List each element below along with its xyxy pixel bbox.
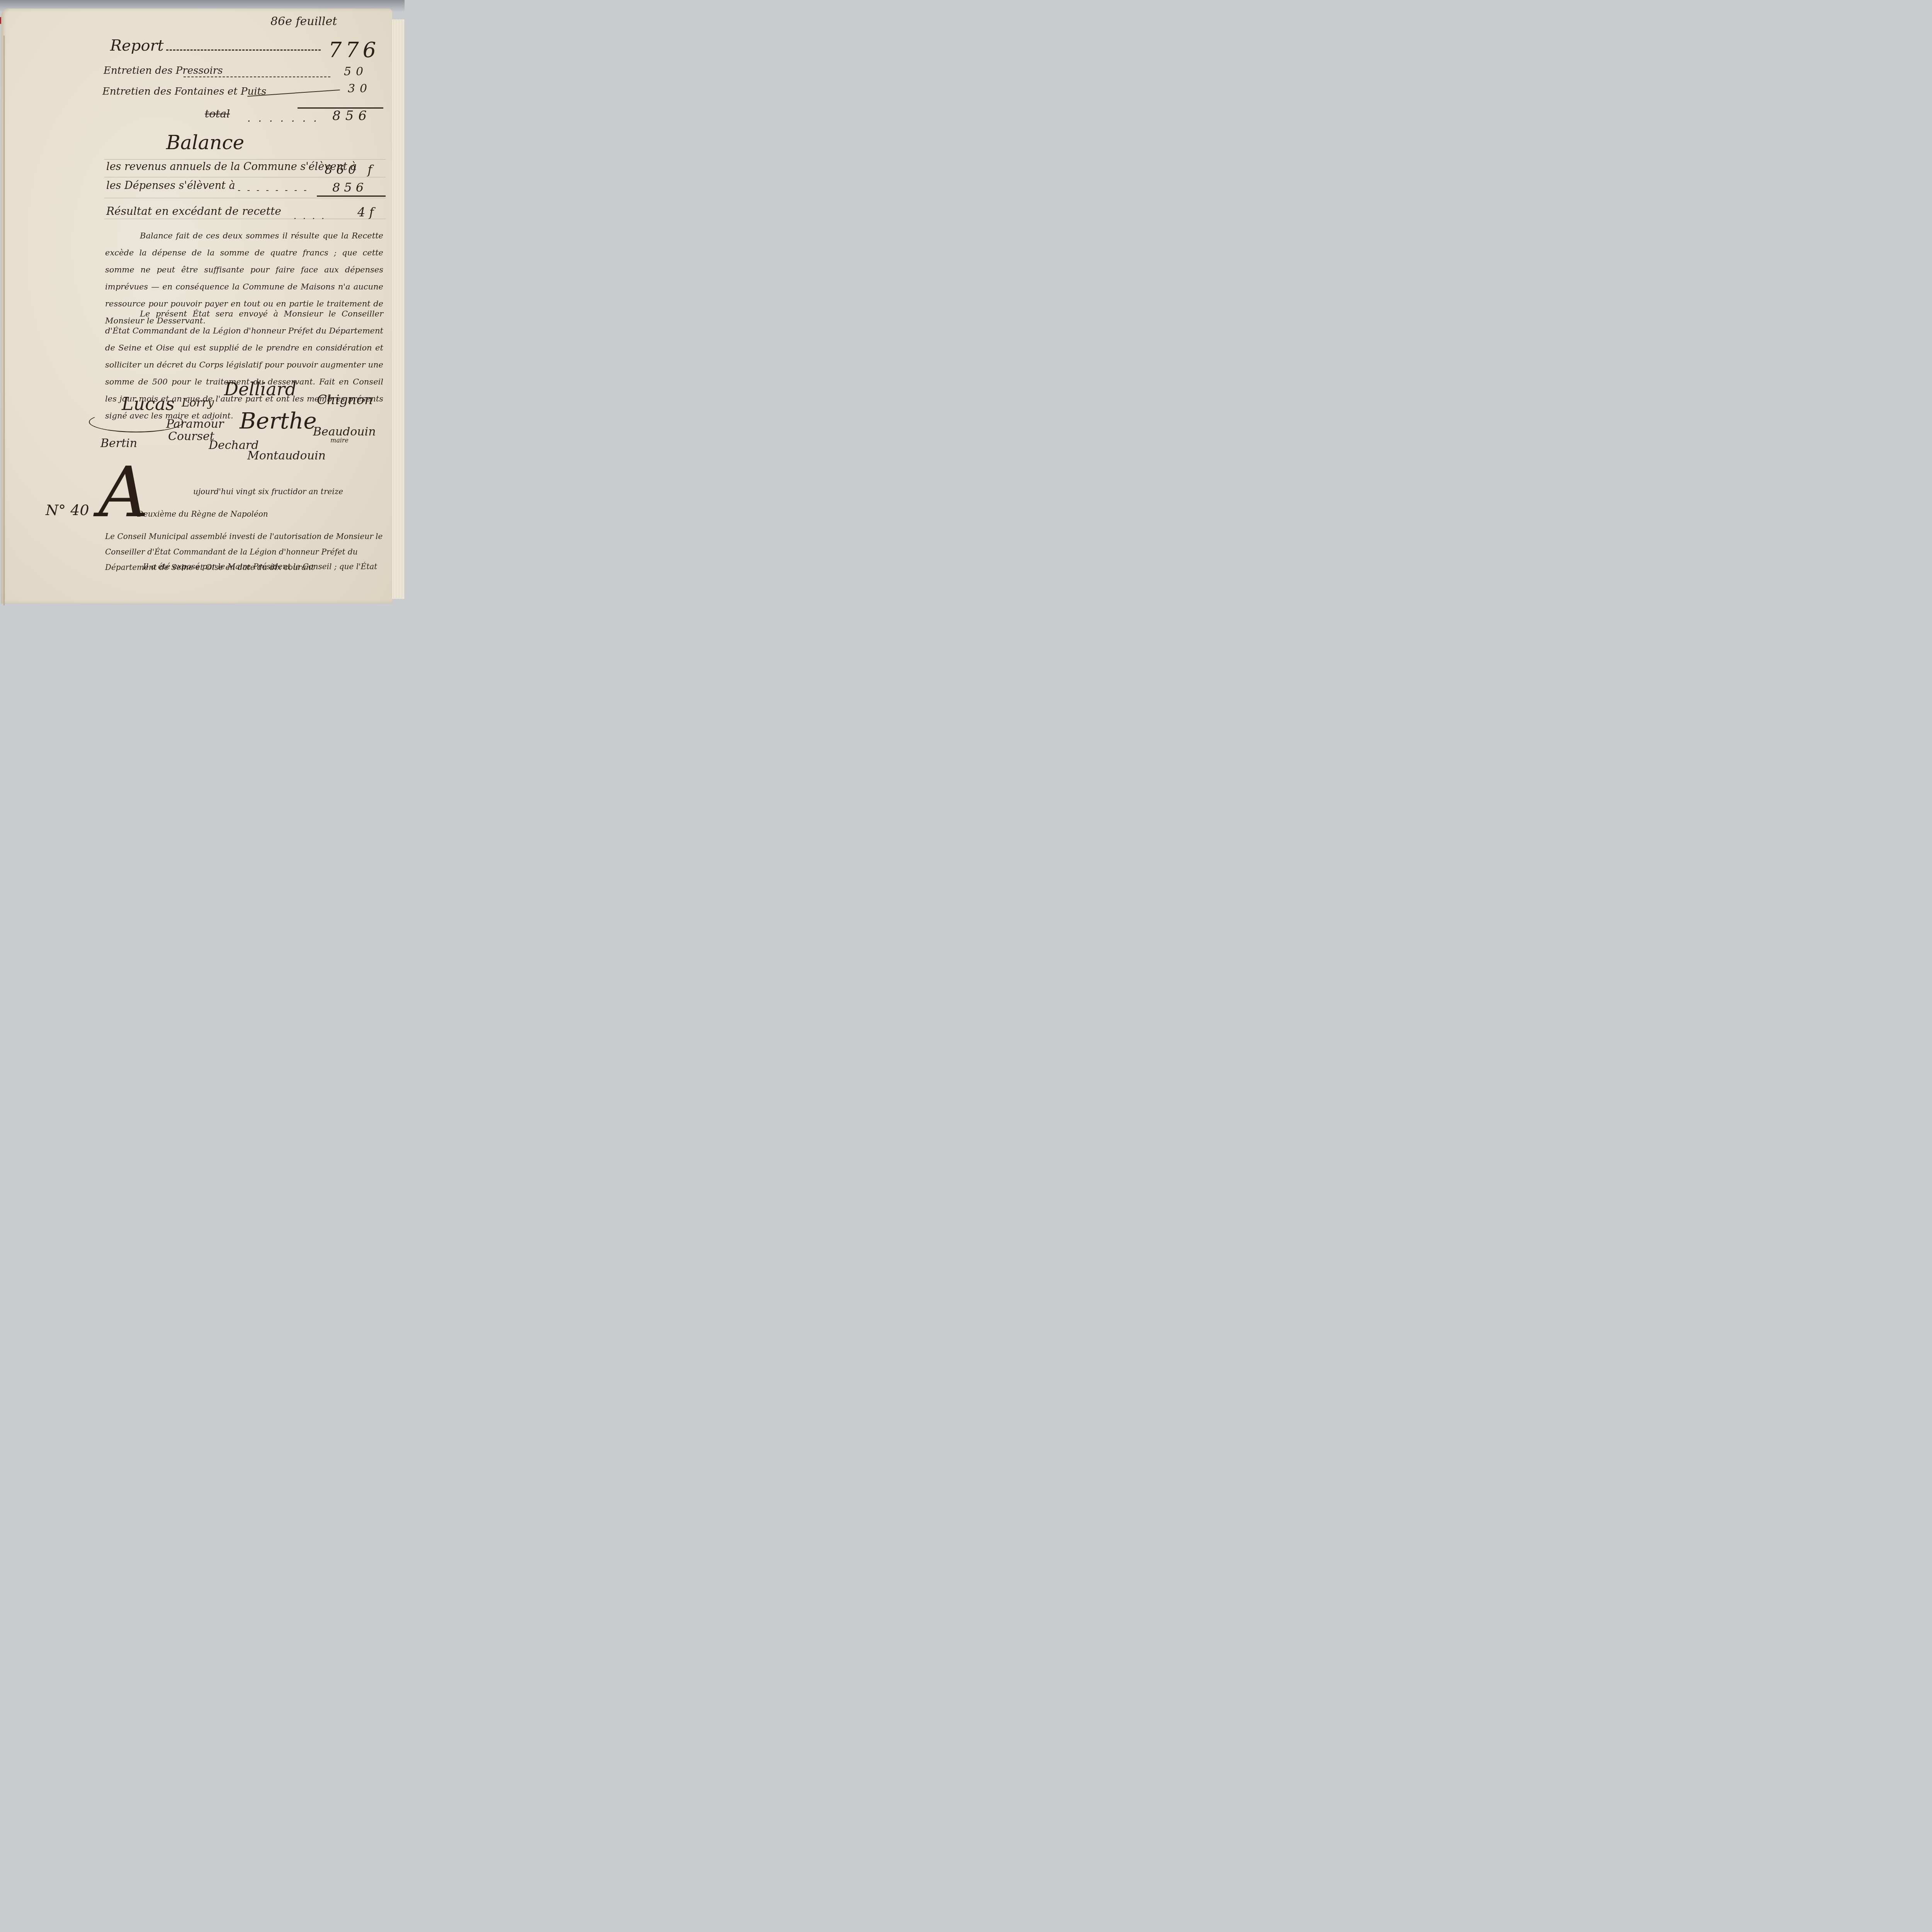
total-label: total: [205, 107, 230, 120]
folio-number: 86e feuillet: [270, 15, 337, 28]
binding-edge: [3, 36, 5, 605]
balance-rule: [317, 196, 386, 197]
entry-line: Deuxième du Règne de Napoléon: [137, 506, 354, 522]
ruled-line: [104, 177, 386, 177]
signature: Paramour: [166, 417, 224, 431]
result-dots: . . . .: [294, 212, 326, 221]
ledger-leader-line: [184, 77, 330, 77]
entry-line: Il a été exposé par le Maire Président l…: [143, 559, 386, 574]
signature-title: maire: [330, 437, 349, 444]
ruled-line: [104, 198, 386, 198]
signature: Berthe: [240, 408, 317, 434]
signature: Courset: [168, 430, 214, 443]
entry-line: ujourd'hui vingt six fructidor an treize: [193, 484, 386, 499]
ledger-row-amount: 30: [348, 82, 372, 95]
ruled-line: [104, 159, 386, 160]
ledger-row-label: Entretien des Fontaines et Puits: [102, 86, 266, 97]
ledger-row-amount: 50: [344, 65, 368, 78]
total-amount: 856: [332, 108, 371, 124]
entry-number: N° 40: [46, 502, 89, 519]
ruled-line: [104, 219, 386, 219]
total-dots: . . . . . . .: [247, 113, 319, 124]
expenses-dots: - - - - - - - -: [238, 185, 308, 195]
result-amount: 4 f: [357, 205, 374, 219]
revenue-amount: 860 f: [325, 162, 376, 177]
expenses-label: les Dépenses s'élèvent à: [106, 180, 235, 192]
signature: Lucas: [122, 393, 175, 414]
report-amount: 776: [328, 38, 380, 62]
signature: Montaudouin: [247, 449, 326, 463]
expenses-amount: 856: [332, 180, 367, 195]
revenue-label: les revenus annuels de la Commune s'élèv…: [106, 161, 357, 173]
signature: Chignon: [317, 392, 373, 408]
signature: Lorry: [182, 396, 214, 410]
report-leader-line: [166, 49, 321, 51]
signature: Bertin: [100, 437, 137, 450]
signature: Delliard: [224, 379, 296, 400]
report-label: Report: [110, 37, 164, 54]
ledger-row-label: Entretien des Pressoirs: [104, 65, 223, 77]
balance-title: Balance: [166, 131, 244, 154]
result-label: Résultat en excédant de recette: [106, 205, 281, 218]
page-edges: [392, 19, 405, 599]
